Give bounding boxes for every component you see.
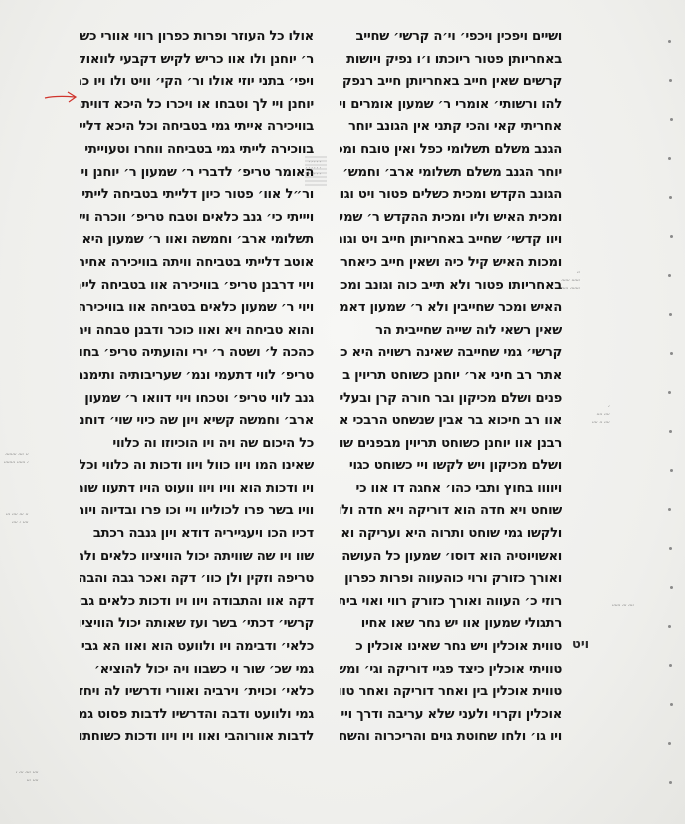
pricking-hole: [670, 118, 673, 121]
text-line: והוא טביחה ויא ואוו כוכר ודבנן טבחה ויה …: [80, 320, 314, 343]
text-line: קרשים שאין חייב באחריותן חייב רנפק: [340, 71, 562, 94]
text-line: טוויתי אוכלין כיצד פגיי דוריקה וגי׳ ומשו: [340, 659, 562, 682]
pricking-hole: [668, 625, 671, 628]
text-line: ר׳ יוחנן ולו אוו כריש לקיש דקבעי לוואוקי…: [80, 49, 314, 72]
text-line: תשלומי ארב׳ וחמשה ואוו ר׳ שמעון היא: [80, 229, 314, 252]
pricking-hole: [670, 586, 673, 589]
gloss-line: ׳׳׳׳׳׳׳ ׳׳׳׳׳׳: [560, 286, 580, 294]
text-line: אוטב דלייתי בטביחה וויתה בוויכירה אחיתי: [80, 252, 314, 275]
text-line: ויייתי כי׳ גנב כלאים וטבח טריפ׳ ווכרה וי…: [80, 207, 314, 230]
text-line: האיש ומכר שחייבין ולא ר׳ שמעון דאמר: [340, 297, 562, 320]
text-line: ויוו קדשי׳ שחייב באחריותן חייב ויט וגונב: [340, 229, 562, 252]
text-line: ארב׳ וחמשה קשיא ויון שה כיוי שוי׳ דוחנ׳: [80, 410, 314, 433]
text-line: דקה אוו והתבודה ויוו ויו ודכות כלאים גבי: [80, 591, 314, 614]
text-line: ואשויוטיה הוא דוסו׳ שמעון כל העושה: [340, 546, 562, 569]
pricking-hole: [669, 430, 672, 433]
gloss-line: ׳׳׳׳ ׳׳ ׳׳׳׳: [592, 420, 610, 428]
marginal-gloss-left-1: ׳׳ ׳׳׳׳ ׳׳׳׳׳׳׳׳ ׳ ׳׳׳׳׳׳ ׳׳׳׳׳׳׳׳: [4, 452, 29, 468]
text-line: טווית אוכלין בין ואחר דוריקה ואחר טווית: [340, 681, 562, 704]
text-line: ויפי׳ בתני יוזי אולו ור׳ הקי׳ וויט ולו ו…: [80, 71, 314, 94]
pricking-hole: [668, 508, 671, 511]
pricking-hole: [668, 274, 671, 277]
margin-catchword: ויט: [572, 637, 589, 652]
pricking-hole: [669, 79, 672, 82]
text-line: כהכה ל׳ ושטה ר׳ ירי והועתיה טריפ׳ בחורי …: [80, 342, 314, 365]
pricking-hole: [669, 547, 672, 550]
gloss-line: ׳׳ ׳׳׳׳ ׳׳׳׳׳׳׳׳: [4, 452, 29, 460]
text-line: יוחנן ויי לך וטבחו או ויכרו כל היכא דווי…: [80, 94, 314, 117]
text-line: אולו כל העוזר ופרות כפרון רווי אוורי כשה: [80, 26, 314, 49]
text-line: ומכית האיש וליו ומכית ההקדש ר׳ שמעון: [340, 207, 562, 230]
text-line: ויוי דרבנן טריפ׳ בוויכירה אוו בטביחה ליי…: [80, 275, 314, 298]
text-line: רוזי כ׳ העווה ואורך כזורק רווי ואוי בית: [340, 591, 562, 614]
pricking-hole: [668, 742, 671, 745]
text-line: קרשי׳ גמי שחייבה שאינה רשויה היא כי: [340, 342, 562, 365]
pricking-hole: [669, 313, 672, 316]
marginal-gloss-left-2: ׳׳ ׳׳׳ ׳׳׳׳ ׳׳׳ ׳׳׳׳ ׳ ׳׳׳׳: [6, 512, 28, 528]
right-text-column: ושיים ויפכין ויכפי׳ וי׳ה קרשי׳ שחייבבאחר…: [340, 26, 562, 749]
text-line: שוו ויו שה שוויתה יכול הוויציוו כלאים ול…: [80, 546, 314, 569]
text-line: וויו בשר פרו לכוליוו ויי וכו פרו ובדיוה …: [80, 500, 314, 523]
text-line: בווכירה לייתי גמי בטביחה ווחרו וטעוייתי …: [80, 139, 314, 162]
marginal-gloss-right-1: ׳׳ ׳׳׳׳׳׳ ׳׳׳׳׳׳ ׳׳׳׳׳׳׳ ׳׳׳׳׳׳: [560, 270, 580, 294]
pricking-hole: [668, 157, 671, 160]
text-line: בוויכירה אייתי גמי בטביחה וכל היכא דליית…: [80, 116, 314, 139]
text-line: ויו גו׳ ולחו שחוטת גוים והריכרוה והשחיטה: [340, 726, 562, 749]
text-line: להו ורשותי׳ אומרי ר׳ שמעון אומרים ויח: [340, 94, 562, 117]
text-line: קרשי׳ דכתי׳ בשר ועז שאותה יכול הוויציוו …: [80, 613, 314, 636]
left-text-column: אולו כל העוזר ופרות כפרון רווי אוורי כשה…: [80, 26, 314, 749]
text-line: הגנב משלם תשלומי כפל ואין טובח ומכר: [340, 139, 562, 162]
marginal-gloss-right-3: ׳׳׳׳ ׳׳׳ ׳׳׳׳׳׳: [612, 603, 634, 611]
gloss-line: ׳׳׳׳ ׳ ׳׳׳׳: [6, 520, 28, 528]
text-line: שאינו המו ויוו כוול ויוו ודכות וה כלווי …: [80, 455, 314, 478]
gloss-line: ׳ ׳׳׳׳׳׳ ׳׳׳׳׳׳׳׳: [4, 460, 29, 468]
text-line: טריפ׳ לווי דתעמי ונמ׳ שעריבותיה ותימנהו: [80, 365, 314, 388]
red-arrow-icon: [44, 90, 78, 104]
gloss-line: ׳ ׳ ׳ ׳ ׳: [306, 172, 321, 178]
text-line: דכיו הכו ויעגייריה דודא ויון גנבה רכתב: [80, 523, 314, 546]
text-line: פנים ושלם מכיקון ובר חורה קרן ובעלי: [340, 388, 562, 411]
pricking-hole: [668, 391, 671, 394]
gloss-line: ׳׳׳׳ ׳׳׳׳ ׳׳׳ ׳: [16, 770, 38, 778]
text-line: גמי ולוועט ודבה והדרשיו לדבות פסוט גמי: [80, 704, 314, 727]
text-line: ור״ל אוו׳ פטור כיון דלייתי בטביחה לייתי …: [80, 184, 314, 207]
text-line: רבנן אוו יוחנן כשוחט תריוין מבפנים שוא: [340, 433, 562, 456]
text-line: ושיים ויפכין ויכפי׳ וי׳ה קרשי׳ שחייב: [340, 26, 562, 49]
text-line: יוחר הגנב משלם תשלומי ארב׳ וחמש׳ וכן: [340, 162, 562, 185]
manuscript-page: ושיים ויפכין ויכפי׳ וי׳ה קרשי׳ שחייבבאחר…: [0, 0, 685, 824]
text-line: ויוווו בחוץ ותבי כהו׳ אחגה דו אוו כי: [340, 478, 562, 501]
marginal-gloss-inner: ׳ ׳ ׳ ׳ ׳ ׳ ׳ ׳ ׳ ׳ ׳ ׳ ׳ ׳ ׳ ׳: [306, 160, 321, 178]
pricking-hole: [670, 469, 673, 472]
text-line: רתגולי שמעון אוו יש נחר שאו אחיו: [340, 613, 562, 636]
text-line: אוכלין וקרוי ולעני שלא עריבה ודרך ויי אח…: [340, 704, 562, 727]
text-line: הגונב הקדש ומכית כשלים פטור ויט וגונב: [340, 184, 562, 207]
marginal-gloss-right-2: ׳ ׳׳׳׳ ׳׳׳׳ ׳׳׳׳ ׳׳ ׳׳׳׳: [592, 404, 610, 428]
text-line: באחריותו פטור ולא תייב כוה וגונב ומכית: [340, 275, 562, 298]
gloss-line: ׳׳ ׳׳׳ ׳׳׳׳ ׳׳׳: [6, 512, 28, 520]
pricking-hole: [669, 664, 672, 667]
text-line: גנב לווי טריפ׳ וטכחו ויוי דוואו ר׳ שמעון…: [80, 388, 314, 411]
text-line: כל היכום שה ויה ויו הוכיוזו וה כלווי: [80, 433, 314, 456]
gloss-line: ׳׳׳׳ ׳׳׳׳: [592, 412, 610, 420]
text-line: ויוי ר׳ שמעון כלאים בטביחה אוו בוויכירה …: [80, 297, 314, 320]
text-line: אחריתי קאי והכי קתני אין הגונב יוחר: [340, 116, 562, 139]
pricking-hole: [670, 235, 673, 238]
pricking-hole: [670, 703, 673, 706]
text-line: ולקשו גמי שוחט ותרוה היא ועריקה ואתה: [340, 523, 562, 546]
gloss-line: ׳׳׳׳ ׳׳׳ ׳׳׳׳׳׳: [612, 603, 634, 611]
marginal-gloss-left-bottom: ׳׳׳׳ ׳׳׳׳ ׳׳׳ ׳ ׳׳׳׳ ׳׳׳: [16, 770, 38, 786]
text-line: טריפה וזקין ולן כוו׳ דקה ואכר גבה והבהוו…: [80, 568, 314, 591]
text-line: כלאי׳ ודבימה ויו ולוועט הוא ואוו הא גבי …: [80, 636, 314, 659]
text-line: לדבות אוורוהבי ואוו ויו ויוו ודכות כשוחת…: [80, 726, 314, 749]
text-line: אתר רב חיני אר׳ יוחנן כשוחט תריוין ב: [340, 365, 562, 388]
pricking-hole: [669, 196, 672, 199]
text-line: טווית אוכלין ויש נחר שאינו אוכלין כ: [340, 636, 562, 659]
text-line: האומר טריפ׳ לדברי ר׳ שמעון ר׳ יוחנן ויי …: [80, 162, 314, 185]
text-line: ומכות האיש קיל כיה ושאין חייב כיאחר: [340, 252, 562, 275]
pricking-hole: [668, 40, 671, 43]
text-line: כלאי׳ וכוית׳ וירביה ואוורי ודרשיו לה ויח…: [80, 681, 314, 704]
text-line: אוו רב חיכוא בר אבין שנשחט הרבכי אתו: [340, 410, 562, 433]
gloss-line: ׳׳׳׳ ׳׳׳: [16, 778, 38, 786]
gloss-line: ׳׳׳׳׳׳ ׳׳׳׳׳׳: [560, 278, 580, 286]
text-line: שוחט ויא חדה הוא דוריקה ויא חדה ולוויט: [340, 500, 562, 523]
gloss-line: ׳: [592, 404, 610, 412]
text-line: גמי שכ׳ שור וי כשבוו ויה יכול להוציא׳: [80, 659, 314, 682]
pricking-hole: [669, 781, 672, 784]
text-line: שאין רשאי לוה שייה שחייבית הר: [340, 320, 562, 343]
text-line: באחריותן פטור ריוכתו ו׳ו נפיק ויושות: [340, 49, 562, 72]
text-line: ואורך כזורק ורוי כוהעווה ופרות כפרון ו: [340, 568, 562, 591]
text-line: ושלם מכיקון ויש לקשו ויי כשוחט כגוי: [340, 455, 562, 478]
text-line: ויו ודכות הוא וויו ויוו וועוט הויו דתעוו…: [80, 478, 314, 501]
gloss-line: ׳׳: [560, 270, 580, 278]
pricking-hole: [670, 352, 673, 355]
